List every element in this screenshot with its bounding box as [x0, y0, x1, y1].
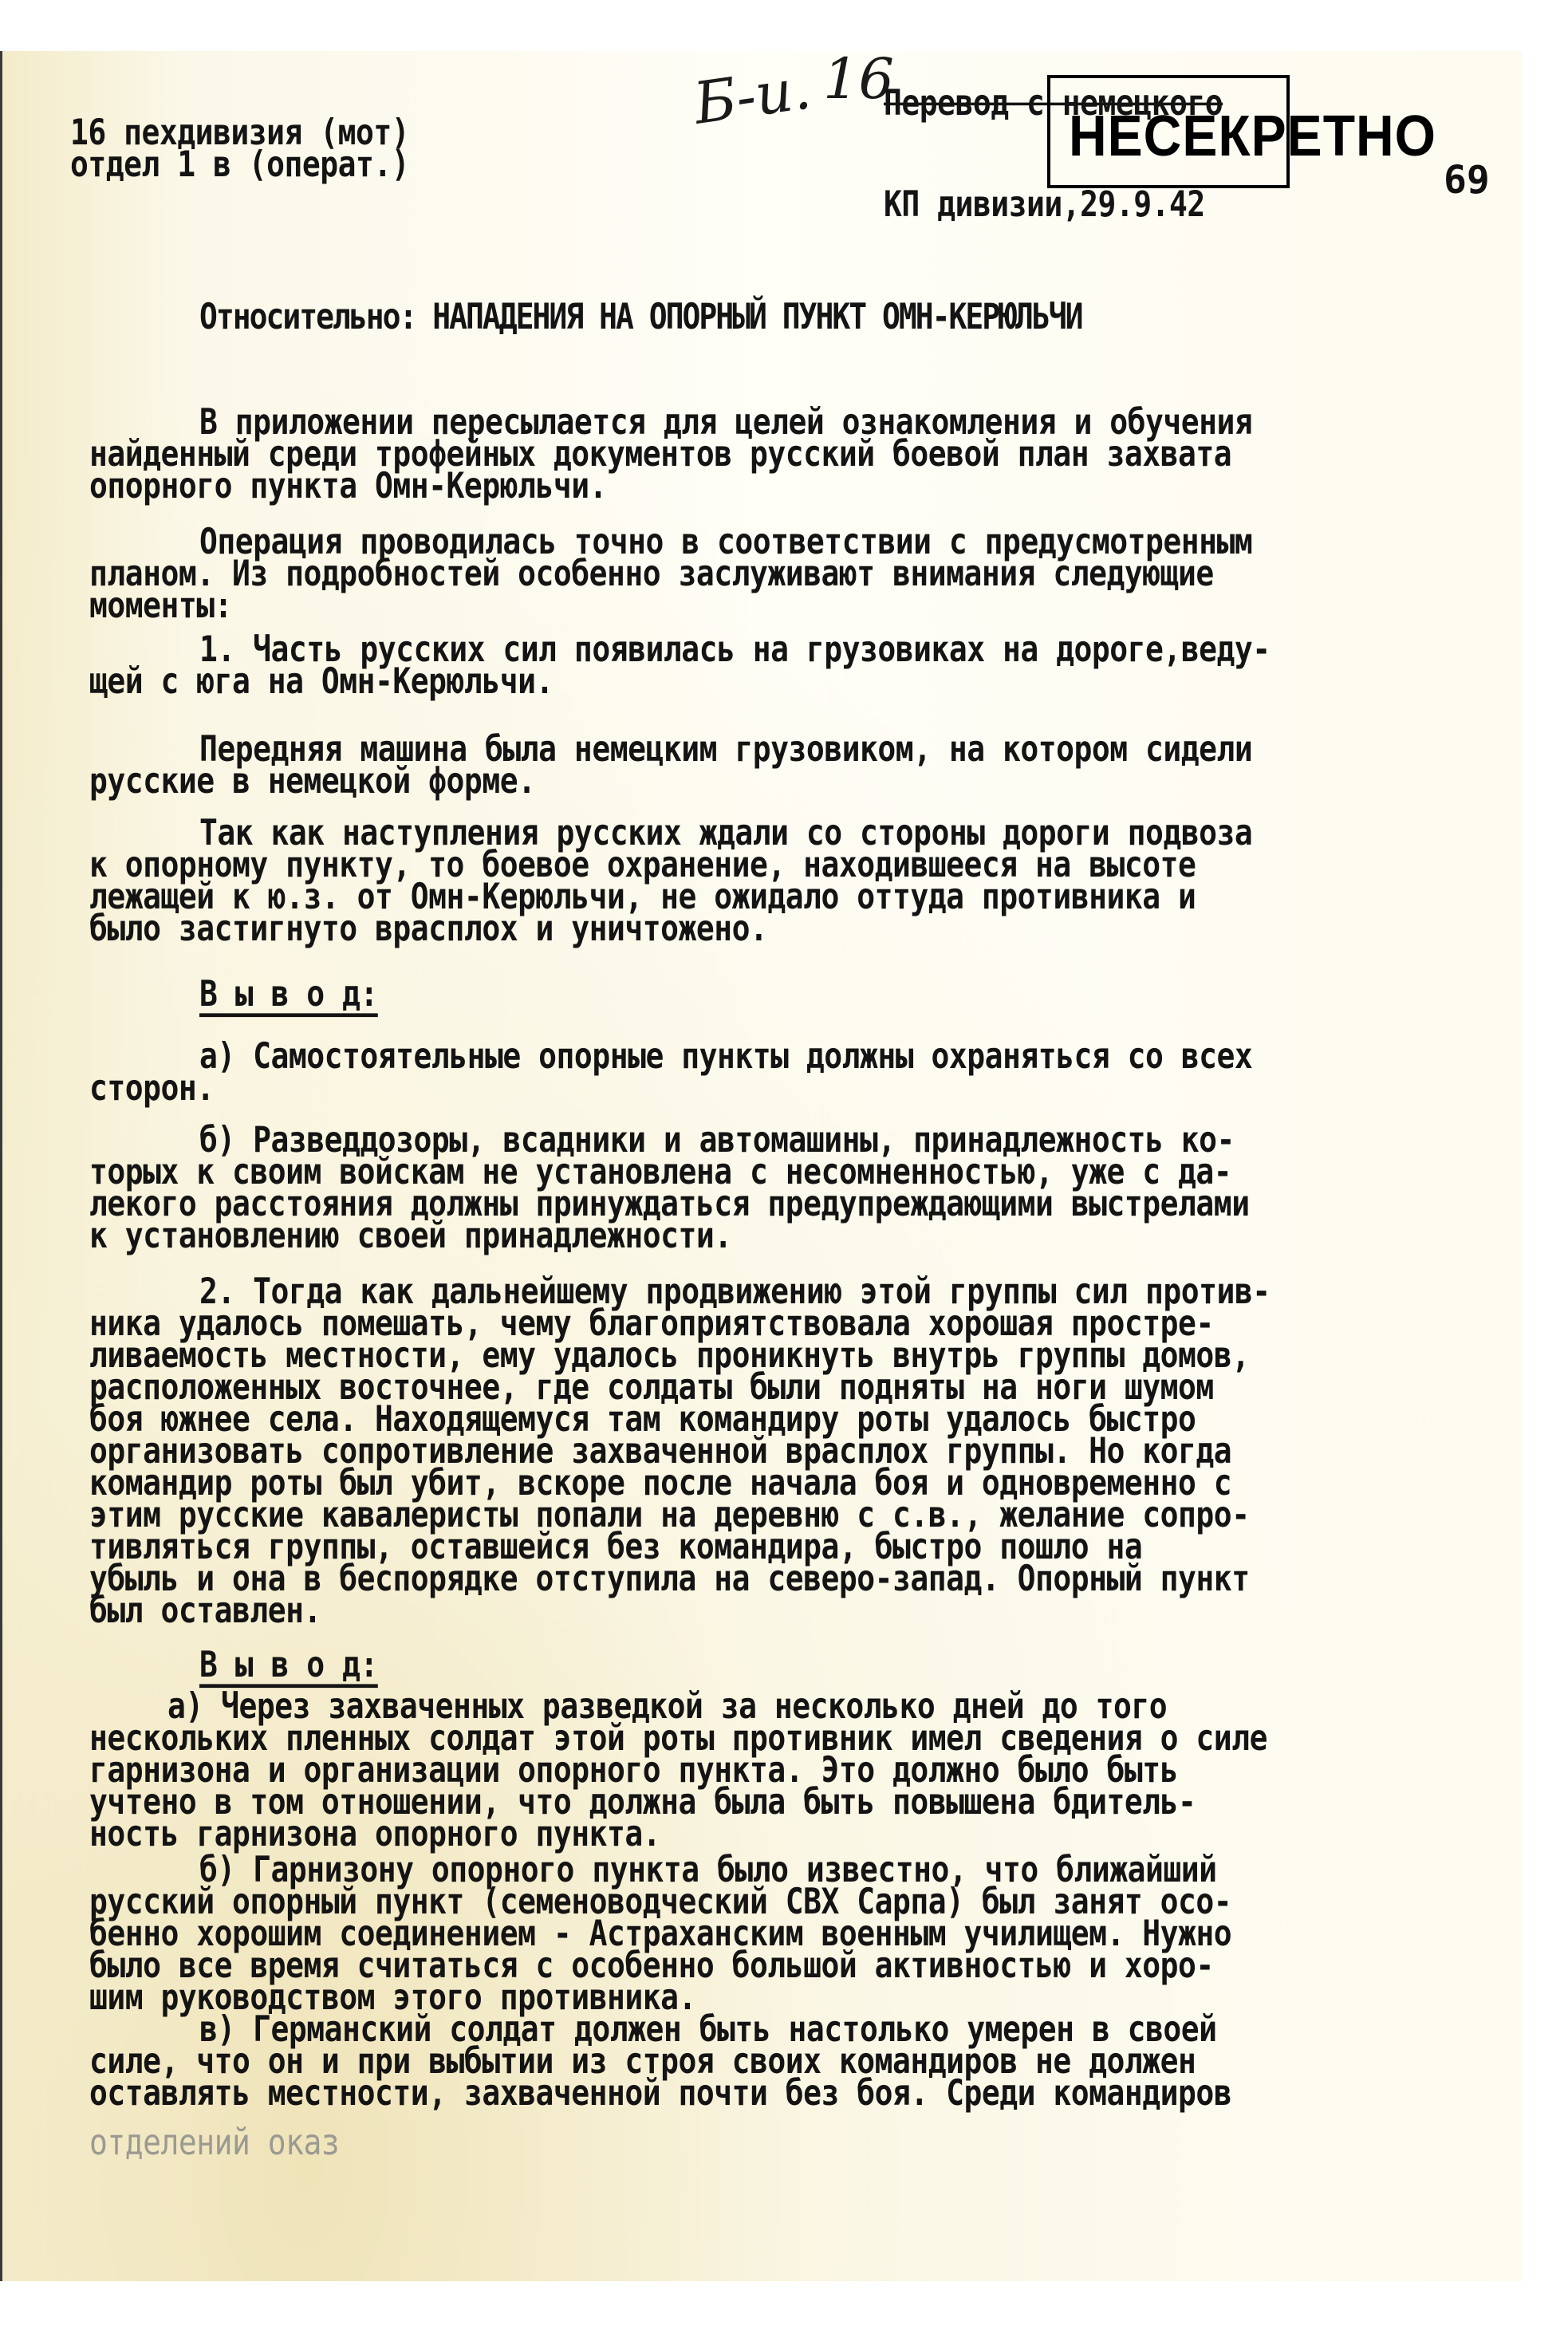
conclusion-2-a-line: ность гарнизона опорного пункта.: [89, 1815, 660, 1852]
paragraph-operation-line: планом. Из подробностей особенно заслужи…: [89, 554, 1214, 592]
paragraph-operation-line: моменты:: [89, 586, 232, 624]
conclusion-1-a-line: сторон.: [89, 1069, 215, 1106]
paragraph-outpost-line: было застигнуто врасплох и уничтожено.: [89, 909, 767, 947]
faint-footer-text-line: отделений оказ: [89, 2123, 339, 2161]
paragraph-truck-line: русские в немецкой форме.: [89, 762, 535, 799]
classification-stamp: НЕСЕКРЕТНО: [1069, 102, 1436, 169]
division-line-2: отдел 1 в (операт.): [70, 145, 409, 183]
conclusion-1-b-line: к установлению своей принадлежности.: [89, 1216, 732, 1254]
conclusion-2-c-line: оставлять местности, захваченной почти б…: [89, 2074, 1231, 2111]
conclusion-1-a-line: а) Самостоятельные опорные пункты должны…: [199, 1037, 1252, 1074]
place-date: КП дивизии,29.9.42: [884, 185, 1205, 223]
page-number: 69: [1444, 158, 1490, 203]
paragraph-point-2-line: был оставлен.: [89, 1591, 321, 1629]
subject-line: Относительно: НАПАДЕНИЯ НА ОПОРНЫЙ ПУНКТ…: [199, 298, 1082, 335]
paragraph-intro-line: опорного пункта Омн-Керюльчи.: [89, 467, 607, 504]
conclusion-1-heading-line: В ы в о д:: [199, 975, 378, 1012]
conclusion-2-heading-line: В ы в о д:: [199, 1645, 378, 1683]
paragraph-point-1-line: щей с юга на Омн-Керюльчи.: [89, 662, 554, 700]
